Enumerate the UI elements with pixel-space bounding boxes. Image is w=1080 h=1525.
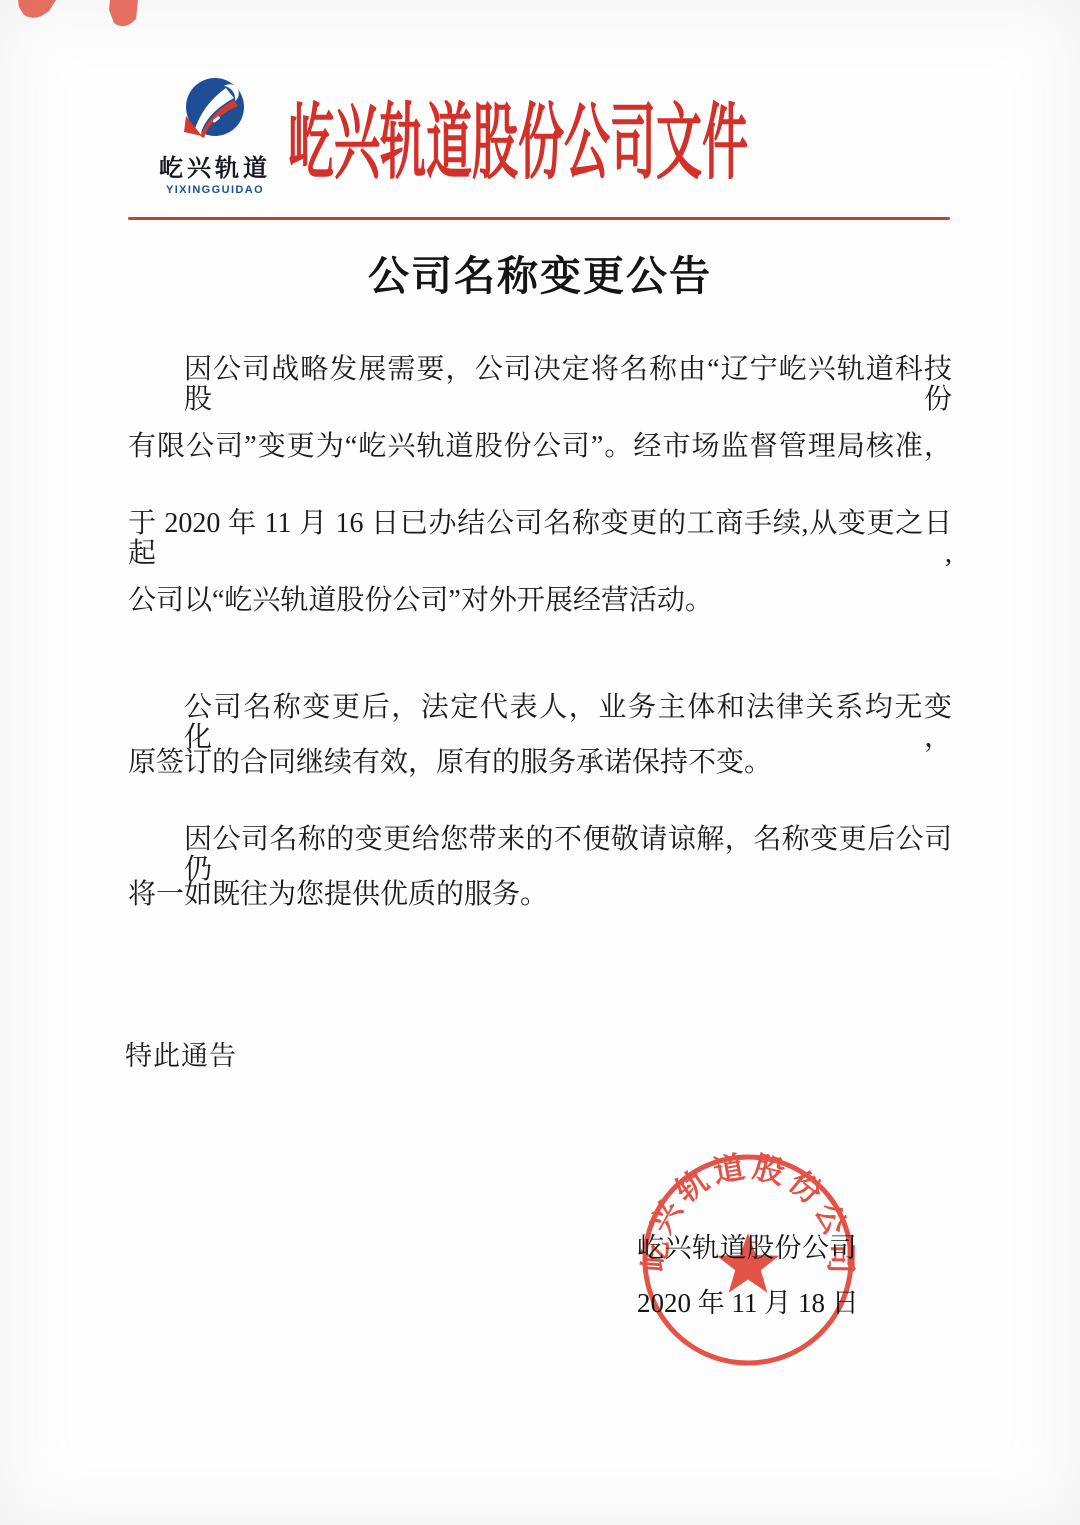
body-line: 将一如既往为您提供优质的服务。 — [128, 880, 952, 910]
rail-logo-icon — [182, 76, 248, 142]
red-divider-line — [128, 217, 950, 220]
signature-date: 2020 年 11 月 18 日 — [637, 1281, 877, 1320]
body-line: 于 2020 年 11 月 16 日已办结公司名称变更的工商手续,从变更之日起, — [128, 509, 952, 569]
logo-company-name: 屹兴轨道 — [150, 148, 280, 183]
closing-note: 特此通告 — [125, 1034, 237, 1073]
logo-pinyin: YIXINGGUIDAO — [150, 184, 280, 196]
scan-artifact-icon — [107, 0, 141, 32]
banner-title: 屹兴轨道股份公司文件 — [288, 78, 748, 197]
red-header-banner: 屹兴轨道股份公司文件 — [278, 90, 758, 184]
body-line: 有限公司”变更为“屹兴轨道股份公司”。经市场监督管理局核准， — [128, 432, 952, 462]
body-line: 公司名称变更后，法定代表人，业务主体和法律关系均无变化， — [128, 693, 952, 753]
body-line: 因公司战略发展需要，公司决定将名称由“辽宁屹兴轨道科技股份 — [128, 355, 952, 415]
scan-artifact-icon — [16, 0, 64, 24]
body-line: 原签订的合同继续有效，原有的服务承诺保持不变。 — [128, 748, 952, 778]
company-logo: 屹兴轨道 YIXINGGUIDAO — [150, 76, 280, 196]
body-line: 公司以“屹兴轨道股份公司”对外开展经营活动。 — [128, 586, 952, 616]
signature-company-name: 屹兴轨道股份公司 — [637, 1226, 877, 1265]
document-title: 公司名称变更公告 — [0, 243, 1080, 302]
body-line: 因公司名称的变更给您带来的不便敬请谅解，名称变更后公司仍 — [128, 825, 952, 885]
scanned-document-page: 屹兴轨道 YIXINGGUIDAO 屹兴轨道股份公司文件 公司名称变更公告 因公… — [0, 0, 1080, 1525]
